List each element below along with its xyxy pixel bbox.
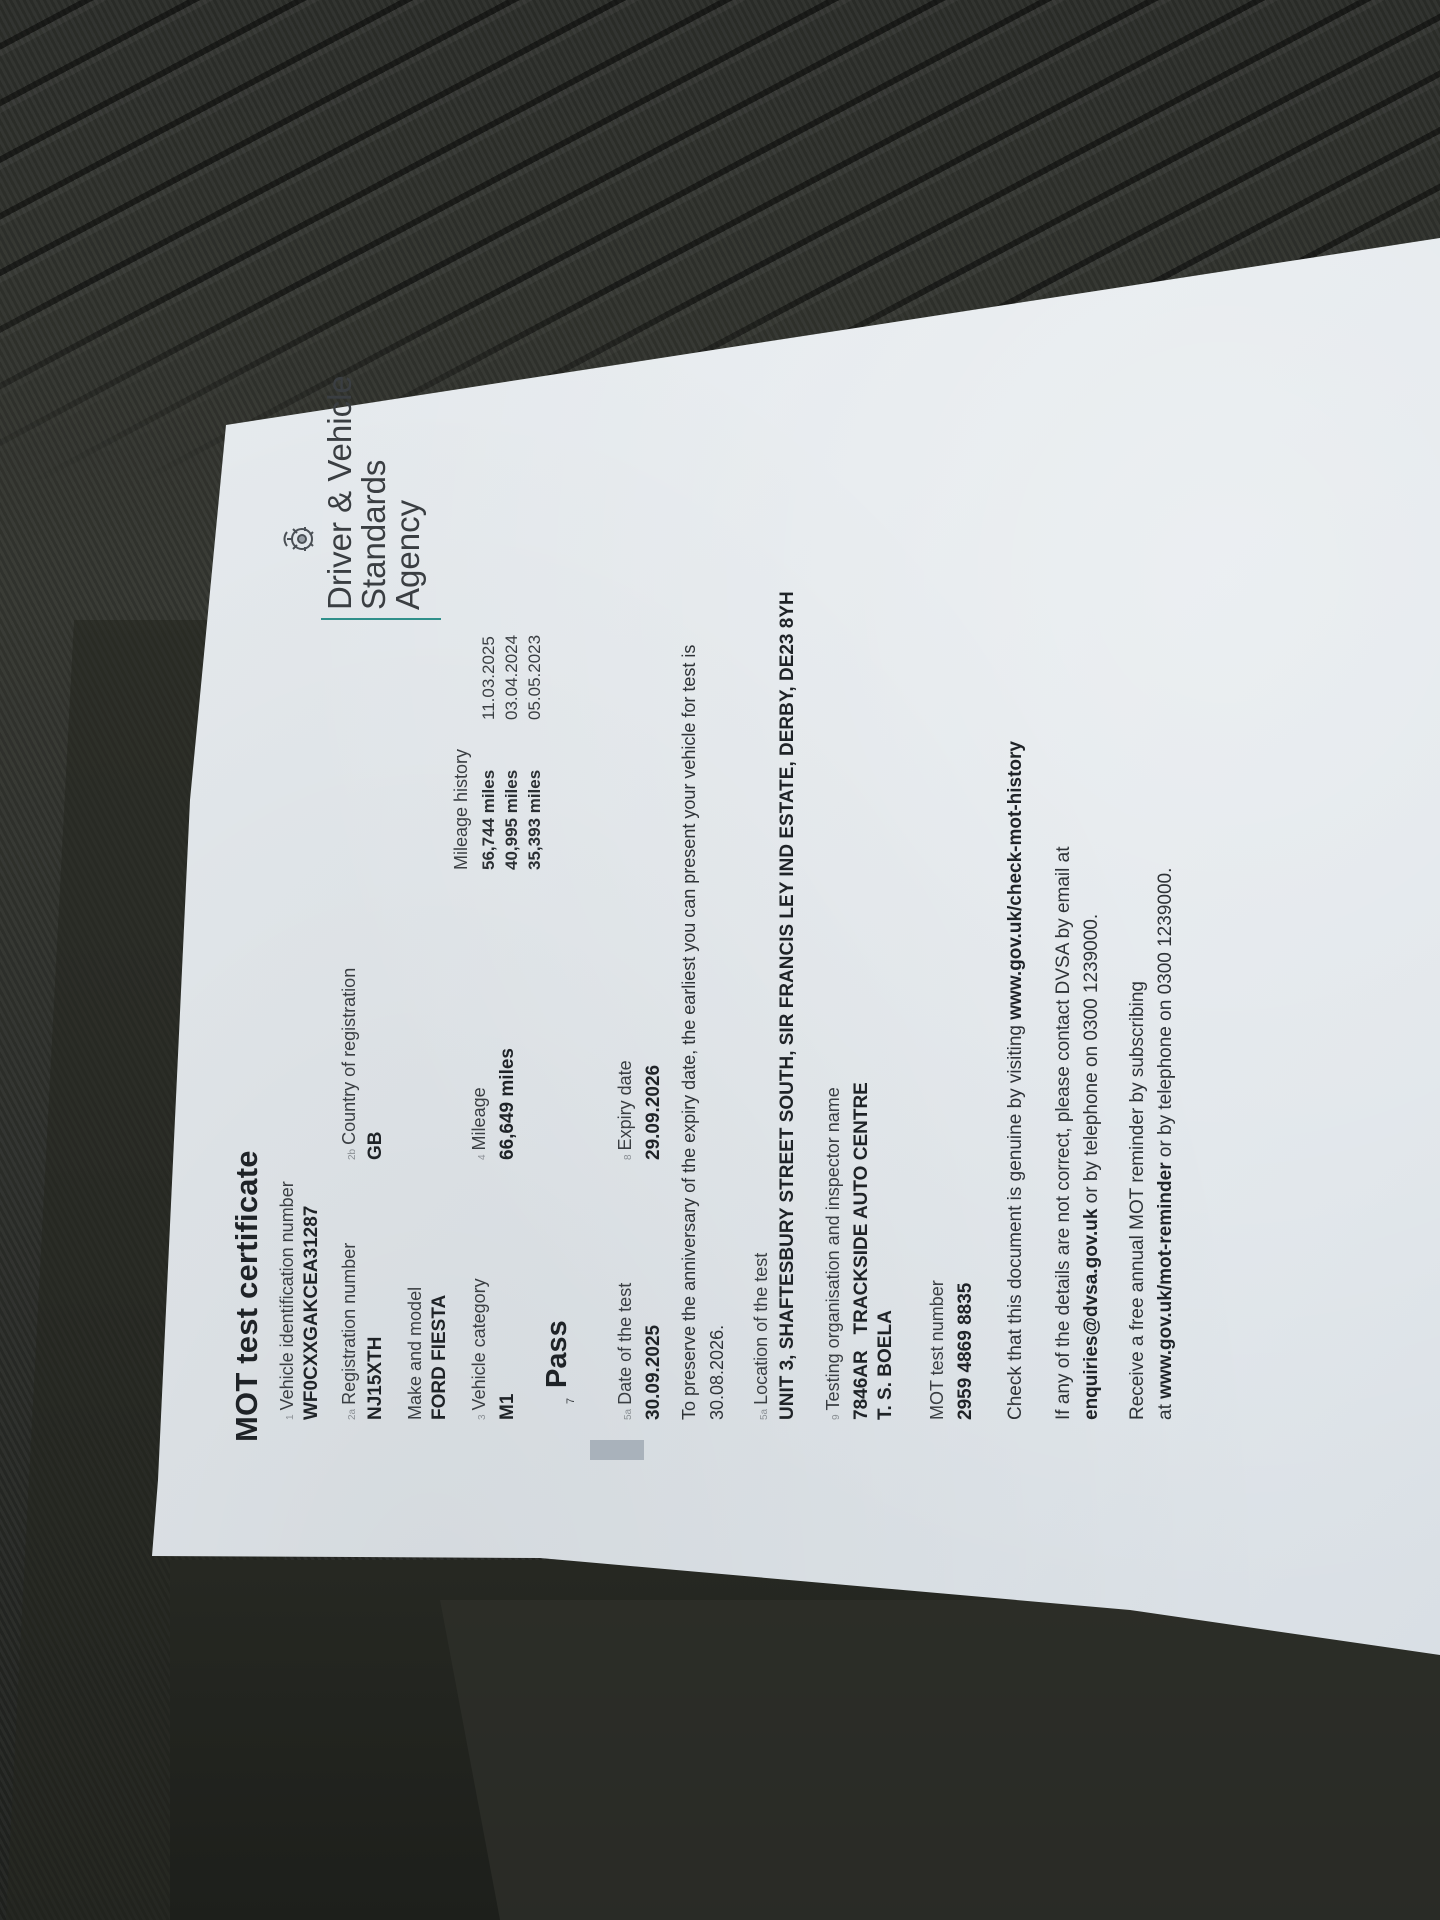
mileage-history-miles: 56,744 miles (477, 770, 500, 870)
testing-org-value: 7846AR TRACKSIDE AUTO CENTRE (851, 1082, 873, 1420)
vin-value: WF0CXXGAKCEA31287 (301, 1206, 323, 1420)
testing-org-label: 9Testing organisation and inspector name (823, 1087, 844, 1420)
agency-name-line-1: Driver & Vehicle (323, 370, 357, 610)
country-label: 2bCountry of registration (339, 968, 360, 1160)
contact-text: If any of the details are not correct, p… (1053, 847, 1075, 1420)
genuine-check-text: Check that this document is genuine by v… (1005, 741, 1027, 1420)
make-model-value: FORD FIESTA (429, 1295, 451, 1420)
anniversary-date: 30.08.2026. (707, 1325, 728, 1420)
mileage-history-dates: 11.03.2025 03.04.2024 05.05.2023 (477, 635, 546, 720)
test-date-value: 30.09.2025 (643, 1325, 665, 1420)
agency-name-line-2: Standards (357, 370, 391, 610)
reminder-line-2: at www.gov.uk/mot-reminder or by telepho… (1155, 868, 1177, 1420)
field-number: 1 (285, 1414, 296, 1420)
inspector-name: T. S. BOELA (875, 1310, 897, 1420)
expiry-label: 8Expiry date (615, 1060, 636, 1160)
anniversary-note: To preserve the anniversary of the expir… (679, 645, 700, 1420)
royal-crest-icon (281, 520, 321, 558)
mileage-history-list: 56,744 miles 40,995 miles 35,393 miles (477, 770, 546, 870)
country-value: GB (365, 1132, 387, 1161)
test-number-value: 2959 4869 8835 (955, 1283, 977, 1420)
vin-label: 1Vehicle identification number (277, 1181, 298, 1420)
category-value: M1 (497, 1394, 519, 1420)
seat-cushion-panel (440, 1600, 1440, 1920)
check-mot-history-link[interactable]: www.gov.uk/check-mot-history (1005, 741, 1026, 1020)
agency-name-line-3: Agency (391, 370, 425, 610)
certificate-title: MOT test certificate (229, 1150, 265, 1442)
contact-line-2: enquiries@dvsa.gov.uk or by telephone on… (1081, 914, 1103, 1420)
make-model-label: Make and model (405, 1287, 426, 1420)
test-number-label: MOT test number (927, 1280, 948, 1420)
mileage-history-label: Mileage history (451, 749, 472, 870)
redaction-mark (590, 1440, 644, 1460)
mileage-history-date: 11.03.2025 (477, 635, 500, 720)
result-status: Pass (541, 1320, 574, 1388)
mileage-label: 4Mileage (469, 1087, 490, 1160)
reg-label: 2aRegistration number (339, 1243, 360, 1420)
mileage-history-date: 05.05.2023 (523, 635, 546, 720)
mot-reminder-link[interactable]: www.gov.uk/mot-reminder (1155, 1162, 1176, 1398)
mileage-value: 66,649 miles (497, 1048, 519, 1160)
category-label: 3Vehicle category (469, 1278, 490, 1420)
agency-name: Driver & Vehicle Standards Agency (323, 370, 425, 610)
reg-value: NJ15XTH (365, 1337, 387, 1420)
mileage-history-date: 03.04.2024 (500, 635, 523, 720)
location-label: 5aLocation of the test (751, 1253, 772, 1420)
mileage-history-miles: 35,393 miles (523, 770, 546, 870)
test-date-label: 5aDate of the test (615, 1283, 636, 1420)
dvsa-logo (281, 520, 326, 558)
enquiries-email-link[interactable]: enquiries@dvsa.gov.uk (1081, 1209, 1102, 1420)
logo-divider (321, 618, 441, 620)
location-value: UNIT 3, SHAFTESBURY STREET SOUTH, SIR FR… (777, 591, 799, 1420)
mot-certificate-document: MOT test certificate 1Vehicle identifica… (215, 440, 1395, 1460)
result-field-number: 7 (565, 1398, 577, 1404)
mileage-history-miles: 40,995 miles (500, 770, 523, 870)
expiry-value: 29.09.2026 (643, 1065, 665, 1160)
reminder-text: Receive a free annual MOT reminder by su… (1127, 981, 1149, 1420)
